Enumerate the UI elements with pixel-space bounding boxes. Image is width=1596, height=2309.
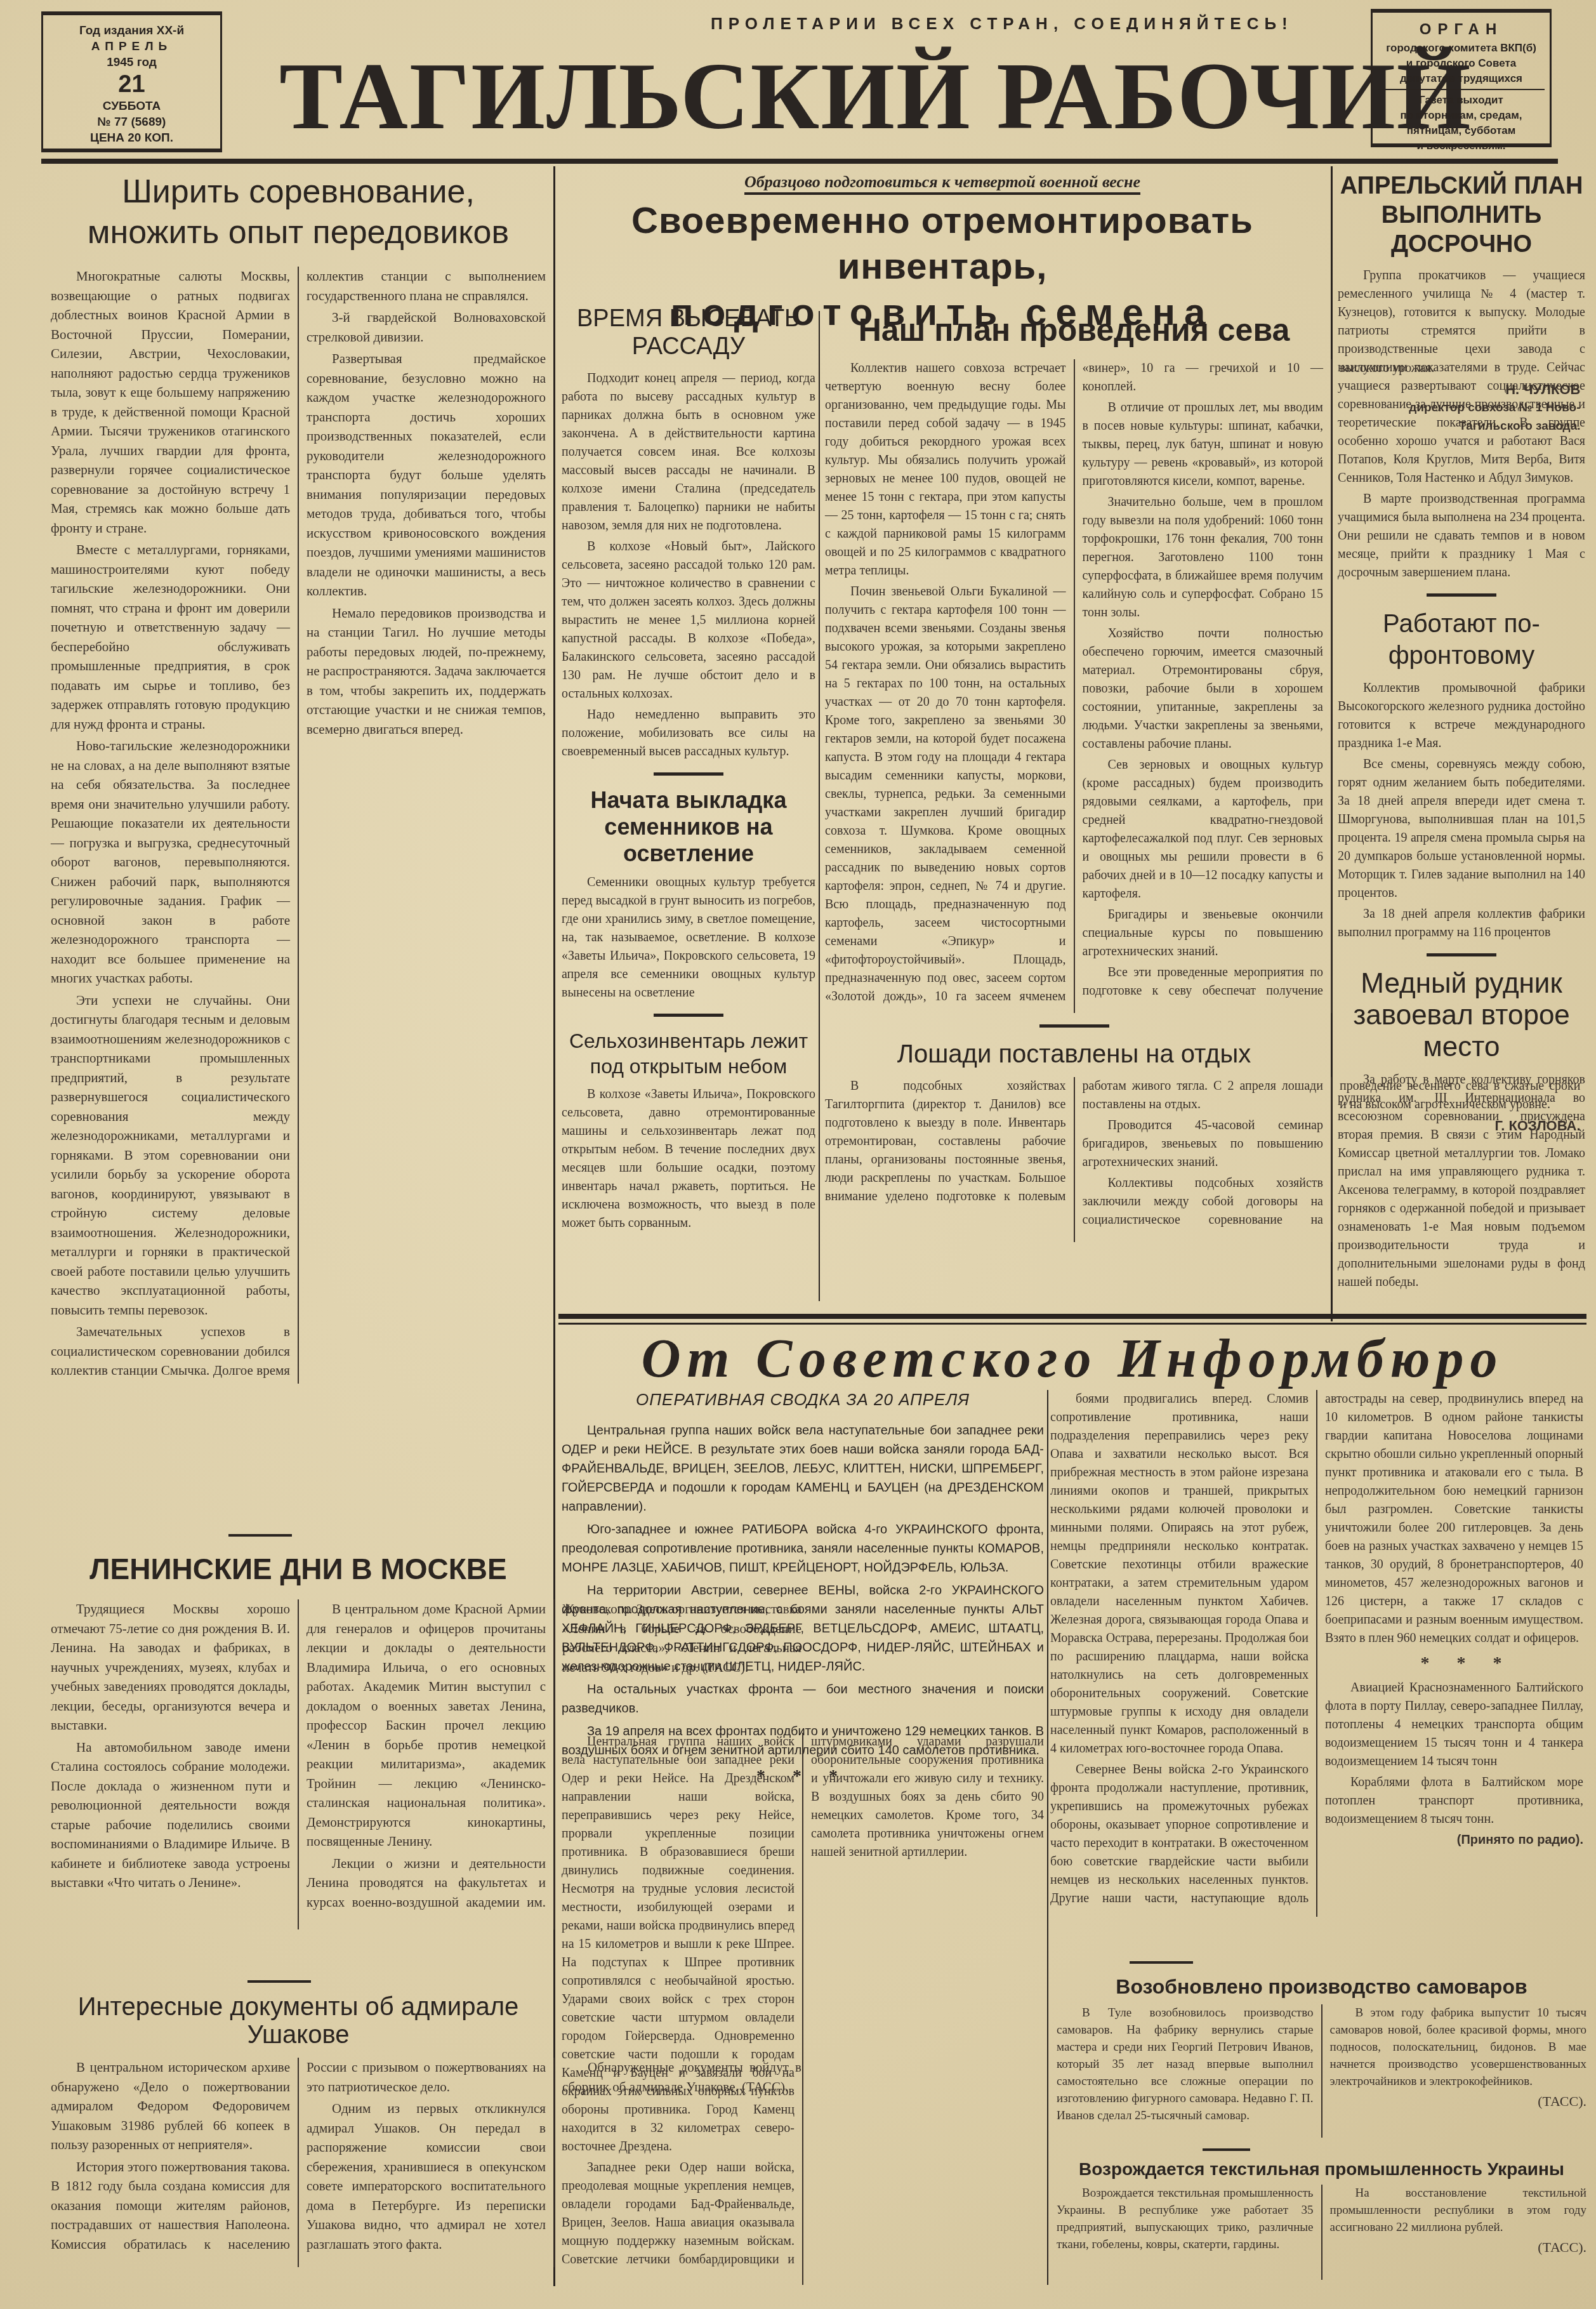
seedlings-body: Подходит конец апреля — период, когда ра… bbox=[562, 369, 815, 761]
organ-line-1: городского комитета ВКП(б) bbox=[1373, 41, 1550, 56]
paragraph: Одним из первых откликнулся адмирал Ушак… bbox=[307, 2099, 546, 2254]
section-kicker: Образцово подготовиться к четвертой воен… bbox=[562, 173, 1323, 192]
april-plan-body: Группа прокатчиков — учащиеся ремесленно… bbox=[1338, 267, 1585, 582]
paragraph: На восстановление текстильной промышленн… bbox=[1330, 2185, 1587, 2236]
copper-mine-title: Медный рудник завоевал второе место bbox=[1338, 968, 1585, 1063]
issue-weekday: СУББОТА bbox=[43, 98, 220, 114]
paragraph: Многократные салюты Москвы, возвещающие … bbox=[51, 267, 290, 538]
lenin-article: ЛЕНИНСКИЕ ДНИ В МОСКВЕ Трудящиеся Москвы… bbox=[51, 1549, 546, 1929]
paragraph: Немало передовиков производства и на ста… bbox=[307, 604, 546, 739]
bulletin-body: Центральная группа наших войск вела наст… bbox=[562, 1421, 1044, 1760]
paragraph: 3-й гвардейской Волноваховской стрелково… bbox=[307, 308, 546, 347]
paragraph: Коллектив промывочной фабрики Высокогорс… bbox=[1338, 679, 1585, 753]
seedlings-title: ВРЕМЯ ВЫСЕВАТЬ РАССАДУ bbox=[562, 305, 815, 361]
divider bbox=[654, 772, 723, 776]
paragraph: В колхозе «Заветы Ильича», Покровского с… bbox=[562, 1085, 815, 1233]
paragraph: Подходит конец апреля — период, когда ра… bbox=[562, 369, 815, 535]
divider bbox=[1203, 2148, 1250, 2151]
paragraph: Бригадиры и звеньевые окончили специальн… bbox=[1083, 906, 1324, 961]
lead-headline-1: Своевременно отремонтировать инвентарь, bbox=[562, 198, 1323, 289]
left-article-title-2: множить опыт передовиков bbox=[51, 212, 546, 253]
inventory-body: В колхозе «Заветы Ильича», Покровского с… bbox=[562, 1085, 815, 1233]
organ-line-3: депутатов трудящихся bbox=[1373, 71, 1550, 86]
paragraph: На остальных участках фронта — бои местн… bbox=[562, 1680, 1044, 1718]
informburo-top-rule bbox=[558, 1314, 1586, 1319]
ornament-divider bbox=[228, 1534, 292, 1537]
seed-plants-body: Семенники овощных культур требуется пере… bbox=[562, 873, 815, 1002]
column-rule-right bbox=[1331, 166, 1333, 1321]
schedule-line-4: и воскресеньям. bbox=[1373, 138, 1550, 154]
textiles-title: Возрождается текстильная промышленность … bbox=[1057, 2158, 1586, 2181]
issue-price: ЦЕНА 20 КОП. bbox=[43, 130, 220, 146]
newspaper-title: ТАГИЛЬСКИЙ РАБОЧИЙ bbox=[279, 44, 1117, 149]
seed-plants-title: Начата выкладка семенников на осветление bbox=[562, 787, 815, 867]
samovars-title: Возобновлено производство самоваров bbox=[1057, 1974, 1586, 1999]
informburo-section: От Советского Информбюро bbox=[562, 1327, 1583, 1390]
sowing-plan-article: Наш план проведения сева Коллектив нашег… bbox=[825, 311, 1323, 1242]
horses-title: Лошади поставлены на отдых bbox=[825, 1039, 1323, 1069]
paragraph: Проводится 45-часовой семинар бригадиров… bbox=[1083, 1116, 1324, 1172]
schedule-line-1: Газета выходит bbox=[1373, 93, 1550, 108]
issue-info-box: Год издания XX-й АПРЕЛЬ 1945 год 21 СУББ… bbox=[41, 11, 222, 152]
paragraph: Вместе с металлургами, горняками, машино… bbox=[51, 540, 290, 734]
copper-mine-body: За работу в марте коллективу горняков ру… bbox=[1338, 1071, 1585, 1292]
paragraph: Центральная группа наших войск вела наст… bbox=[562, 1421, 1044, 1516]
paragraph: Эти успехи не случайны. Они достигнуты б… bbox=[51, 991, 290, 1320]
paragraph: За работу в марте коллективу горняков ру… bbox=[1338, 1071, 1585, 1292]
paragraph: Авиацией Краснознаменного Балтийского фл… bbox=[1325, 1679, 1583, 1771]
issue-year: 1945 год bbox=[43, 55, 220, 70]
paragraph: В этом году фабрика выпустит 10 тысяч са… bbox=[1330, 2004, 1587, 2090]
textiles-article: Возрождается текстильная промышленность … bbox=[1057, 2158, 1586, 2280]
paragraph: Группа прокатчиков — учащиеся ремесленно… bbox=[1338, 267, 1585, 487]
paragraph: В центральном историческом архиве обнару… bbox=[51, 2058, 290, 2155]
organ-divider bbox=[1378, 89, 1545, 90]
paragraph: Значительно больше, чем в прошлом году в… bbox=[1083, 493, 1324, 622]
paragraph: Центральная группа наших войск вела наст… bbox=[562, 1733, 795, 2156]
informburo-title: От Советского Информбюро bbox=[562, 1327, 1583, 1390]
horses-body: В подсобных хозяйствах Тагилторгпита (ди… bbox=[825, 1077, 1323, 1242]
paragraph: Надо немедленно выправить это положение,… bbox=[562, 706, 815, 761]
paragraph: В отличие от прошлых лет, мы вводим в по… bbox=[1083, 399, 1324, 491]
divider bbox=[1427, 593, 1496, 597]
issue-year-label: Год издания XX-й bbox=[43, 23, 220, 39]
sowing-plan-title: Наш план проведения сева bbox=[825, 311, 1323, 349]
informburo-top-rule-thin bbox=[558, 1323, 1586, 1325]
informburo-body-right: боями продвигались вперед. Сломив сопрот… bbox=[1050, 1390, 1583, 1917]
sowing-plan-body: Коллектив нашего совхоза встречает четве… bbox=[825, 359, 1323, 1013]
informburo-body-left: Центральная группа наших войск вела наст… bbox=[562, 1733, 1044, 2285]
paragraph: В марте производственная программа учащи… bbox=[1338, 490, 1585, 582]
newspaper-page: Год издания XX-й АПРЕЛЬ 1945 год 21 СУББ… bbox=[0, 0, 1596, 2309]
ornament-divider bbox=[1130, 1961, 1193, 1964]
column-rule bbox=[1047, 1390, 1048, 2285]
lenin-article-title: ЛЕНИНСКИЕ ДНИ В МОСКВЕ bbox=[51, 1549, 546, 1589]
inventory-title: Сельхозинвентарь лежит под открытым небо… bbox=[562, 1028, 815, 1079]
stars-divider: * * * bbox=[1325, 1654, 1583, 1672]
ushakov-article: Интересные документы об адмирале Ушакове… bbox=[51, 1993, 546, 2267]
masthead-rule bbox=[41, 159, 1558, 164]
organ-line-2: и городского Совета bbox=[1373, 56, 1550, 71]
divider bbox=[1039, 1024, 1109, 1028]
left-article-title-1: Ширить соревнование, bbox=[51, 171, 546, 212]
left-article-body: Многократные салюты Москвы, возвещающие … bbox=[51, 267, 546, 1384]
textiles-source: (ТАСС). bbox=[1330, 2239, 1587, 2256]
paragraph: За 18 дней апреля коллектив фабрики выпо… bbox=[1338, 905, 1585, 942]
samovars-body: В Туле возобновилось производство самова… bbox=[1057, 2004, 1586, 2138]
informburo-continued: боями продвигались вперед. Сломив сопрот… bbox=[1050, 1390, 1583, 1917]
samovars-article: Возобновлено производство самоваров В Ту… bbox=[1057, 1974, 1586, 2138]
informburo-body-left-cols: Центральная группа наших войск вела наст… bbox=[562, 1733, 1044, 2285]
paragraph: Ново-тагильские железнодорожники не на с… bbox=[51, 736, 290, 988]
ushakov-article-title: Интересные документы об адмирале Ушакове bbox=[51, 1993, 546, 2049]
schedule-line-3: пятницам, субботам bbox=[1373, 123, 1550, 138]
textiles-body: Возрождается текстильная промышленность … bbox=[1057, 2185, 1586, 2280]
april-plan-title: АПРЕЛЬСКИЙ ПЛАН ВЫПОЛНИТЬ ДОСРОЧНО bbox=[1338, 171, 1585, 259]
paragraph: В колхозе «Новый быт», Лайского сельсове… bbox=[562, 538, 815, 703]
paragraph: Сев зерновых и овощных культур (кроме ра… bbox=[1083, 756, 1324, 903]
issue-number: № 77 (5689) bbox=[43, 114, 220, 130]
divider bbox=[247, 1980, 311, 1983]
kicker-text: Образцово подготовиться к четвертой воен… bbox=[744, 173, 1140, 195]
column-rule bbox=[819, 311, 820, 1301]
schedule-line-2: по вторникам, средам, bbox=[1373, 108, 1550, 123]
slogan: ПРОЛЕТАРИИ ВСЕХ СТРАН, СОЕДИНЯЙТЕСЬ! bbox=[711, 14, 1472, 34]
paragraph: Хозяйство почти полностью обеспечено гор… bbox=[1083, 625, 1324, 753]
paragraph: боями продвигались вперед. Сломив сопрот… bbox=[1050, 1390, 1309, 1758]
paragraph: Юго-западнее и южнее РАТИБОРА войска 4-г… bbox=[562, 1520, 1044, 1577]
paragraph: В центральном доме Красной Армии для ген… bbox=[307, 1599, 546, 1851]
ushakov-article-body: В центральном историческом архиве обнару… bbox=[51, 2058, 546, 2267]
front-style-body: Коллектив промывочной фабрики Высокогорс… bbox=[1338, 679, 1585, 942]
bulletin-subtitle: ОПЕРАТИВНАЯ СВОДКА ЗА 20 АПРЕЛЯ bbox=[562, 1390, 1044, 1410]
issue-day: 21 bbox=[43, 70, 220, 98]
paragraph: На территории Австрии, севернее ВЕНЫ, во… bbox=[562, 1581, 1044, 1676]
divider bbox=[654, 1014, 723, 1017]
lenin-article-body: Трудящиеся Москвы хорошо отмечают 75-лет… bbox=[51, 1599, 546, 1929]
paragraph: Кораблями флота в Балтийском море потопл… bbox=[1325, 1773, 1583, 1829]
issue-month: АПРЕЛЬ bbox=[43, 39, 220, 55]
organ-info-box: ОРГАН городского комитета ВКП(б) и город… bbox=[1371, 9, 1552, 147]
paragraph: Все смены, соревнуясь между собою, горят… bbox=[1338, 755, 1585, 903]
samovars-source: (ТАСС). bbox=[1330, 2093, 1587, 2110]
right-column: АПРЕЛЬСКИЙ ПЛАН ВЫПОЛНИТЬ ДОСРОЧНО Групп… bbox=[1338, 171, 1585, 1294]
paragraph: Развертывая предмайское соревнование, бе… bbox=[307, 349, 546, 601]
paragraph: Семенники овощных культур требуется пере… bbox=[562, 873, 815, 1002]
left-article: Ширить соревнование, множить опыт передо… bbox=[51, 171, 546, 1384]
paragraph: Возрождается текстильная промышленность … bbox=[1057, 2185, 1314, 2253]
column-rule-left bbox=[553, 166, 555, 2286]
divider bbox=[1427, 953, 1496, 956]
organ-label: ОРГАН bbox=[1373, 19, 1550, 41]
seedlings-article: ВРЕМЯ ВЫСЕВАТЬ РАССАДУ Подходит конец ап… bbox=[562, 305, 815, 1235]
informburo-source: (Принято по радио). bbox=[1325, 1831, 1583, 1849]
paragraph: Трудящиеся Москвы хорошо отмечают 75-лет… bbox=[51, 1599, 290, 1735]
paragraph: В Туле возобновилось производство самова… bbox=[1057, 2004, 1314, 2124]
paragraph: На автомобильном заводе имени Сталина со… bbox=[51, 1738, 290, 1893]
paragraph: Коллектив нашего совхоза встречает четве… bbox=[825, 359, 1066, 580]
front-style-title: Работают по-фронтовому bbox=[1338, 608, 1585, 672]
